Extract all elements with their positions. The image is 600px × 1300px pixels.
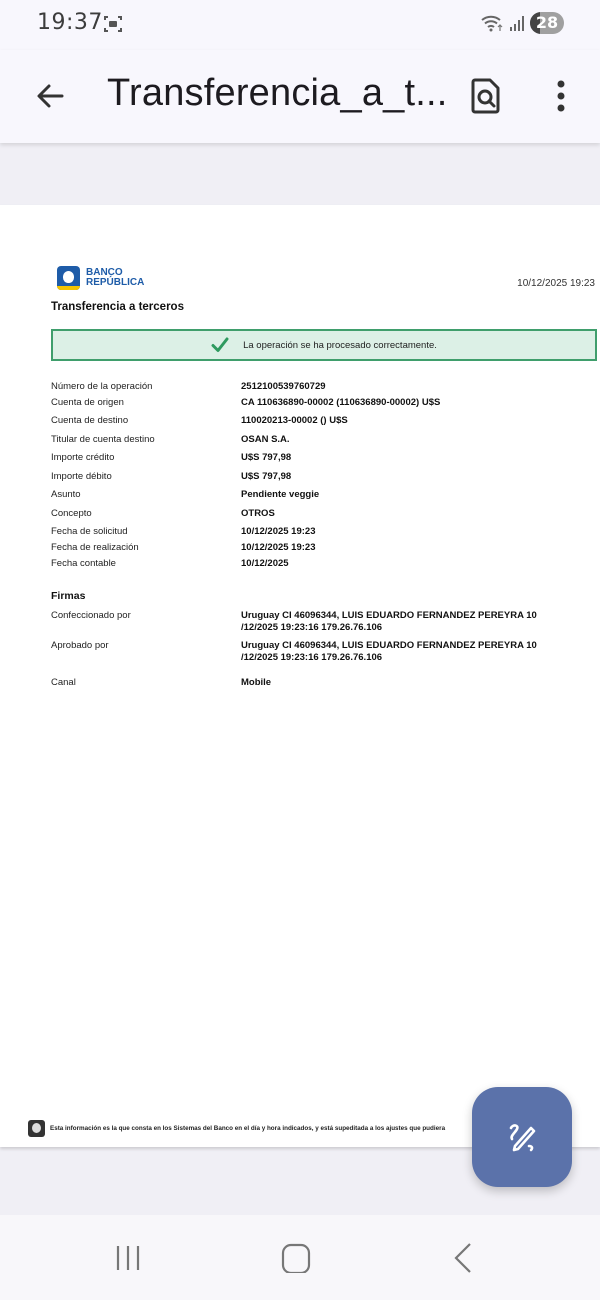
screenshot-icon: [103, 14, 123, 34]
bank-logo: BANCO REPÚBLICA: [57, 266, 144, 290]
success-banner: La operación se ha procesado correctamen…: [51, 329, 597, 361]
detail-row: Número de la operación2512100539760729: [51, 381, 591, 397]
document-search-icon: [471, 78, 501, 114]
signal-icon: [509, 14, 525, 32]
detail-row: Fecha de realización10/12/2025 19:23: [51, 542, 591, 558]
bank-name-line2: REPÚBLICA: [86, 278, 144, 288]
signature-row: Confeccionado porUruguay CI 46096344, LU…: [51, 610, 591, 640]
detail-row: AsuntoPendiente veggie: [51, 489, 591, 508]
transfer-title: Transferencia a terceros: [51, 301, 184, 313]
document-title: Transferencia_a_t...: [107, 72, 448, 115]
status-icons: 28: [480, 12, 564, 34]
footer-disclaimer: Esta información es la que consta en los…: [28, 1120, 445, 1137]
more-options-button[interactable]: [545, 74, 577, 118]
recent-apps-button[interactable]: [99, 1235, 159, 1280]
bank-logo-mark: [57, 266, 80, 290]
detail-row: Cuenta de origenCA 110636890-00002 (1106…: [51, 397, 591, 415]
signature-pen-icon: [503, 1118, 541, 1156]
pdf-page[interactable]: BANCO REPÚBLICA 10/12/2025 19:23 Transfe…: [0, 205, 600, 1147]
more-vertical-icon: [556, 80, 566, 112]
signature-row: CanalMobile: [51, 677, 591, 693]
operation-details: Número de la operación2512100539760729 C…: [51, 381, 591, 574]
nav-back-button[interactable]: [435, 1235, 495, 1280]
detail-row: ConceptoOTROS: [51, 508, 591, 526]
bank-footer-logo: [28, 1120, 45, 1137]
back-button[interactable]: [30, 76, 70, 116]
success-message: La operación se ha procesado correctamen…: [243, 340, 437, 351]
detail-row: Importe débitoU$S 797,98: [51, 471, 591, 490]
status-time: 19:37: [37, 10, 103, 35]
signature-row: Aprobado porUruguay CI 46096344, LUIS ED…: [51, 640, 591, 677]
footer-text: Esta información es la que consta en los…: [50, 1125, 445, 1132]
app-bar: Transferencia_a_t...: [0, 50, 600, 143]
detail-row: Cuenta de destino110020213-00002 () U$S: [51, 415, 591, 434]
annotate-button[interactable]: [472, 1087, 572, 1187]
signatures-title: Firmas: [51, 590, 85, 602]
home-button[interactable]: [266, 1235, 326, 1280]
checkmark-icon: [211, 337, 229, 353]
status-bar: 19:37 28: [0, 0, 600, 50]
recent-apps-icon: [114, 1243, 144, 1273]
home-icon: [281, 1243, 311, 1273]
battery-level: 28: [530, 12, 564, 34]
search-in-document-button[interactable]: [466, 74, 506, 118]
signatures-list: Confeccionado porUruguay CI 46096344, LU…: [51, 610, 591, 693]
wifi-icon: [480, 13, 504, 33]
document-date: 10/12/2025 19:23: [517, 278, 595, 289]
detail-row: Importe créditoU$S 797,98: [51, 452, 591, 471]
system-navigation-bar: [0, 1215, 600, 1300]
arrow-left-icon: [34, 80, 66, 112]
detail-row: Titular de cuenta destinoOSAN S.A.: [51, 434, 591, 453]
detail-row: Fecha contable10/12/2025: [51, 558, 591, 574]
battery-indicator: 28: [530, 12, 564, 34]
back-icon: [450, 1242, 480, 1274]
detail-row: Fecha de solicitud10/12/2025 19:23: [51, 526, 591, 542]
